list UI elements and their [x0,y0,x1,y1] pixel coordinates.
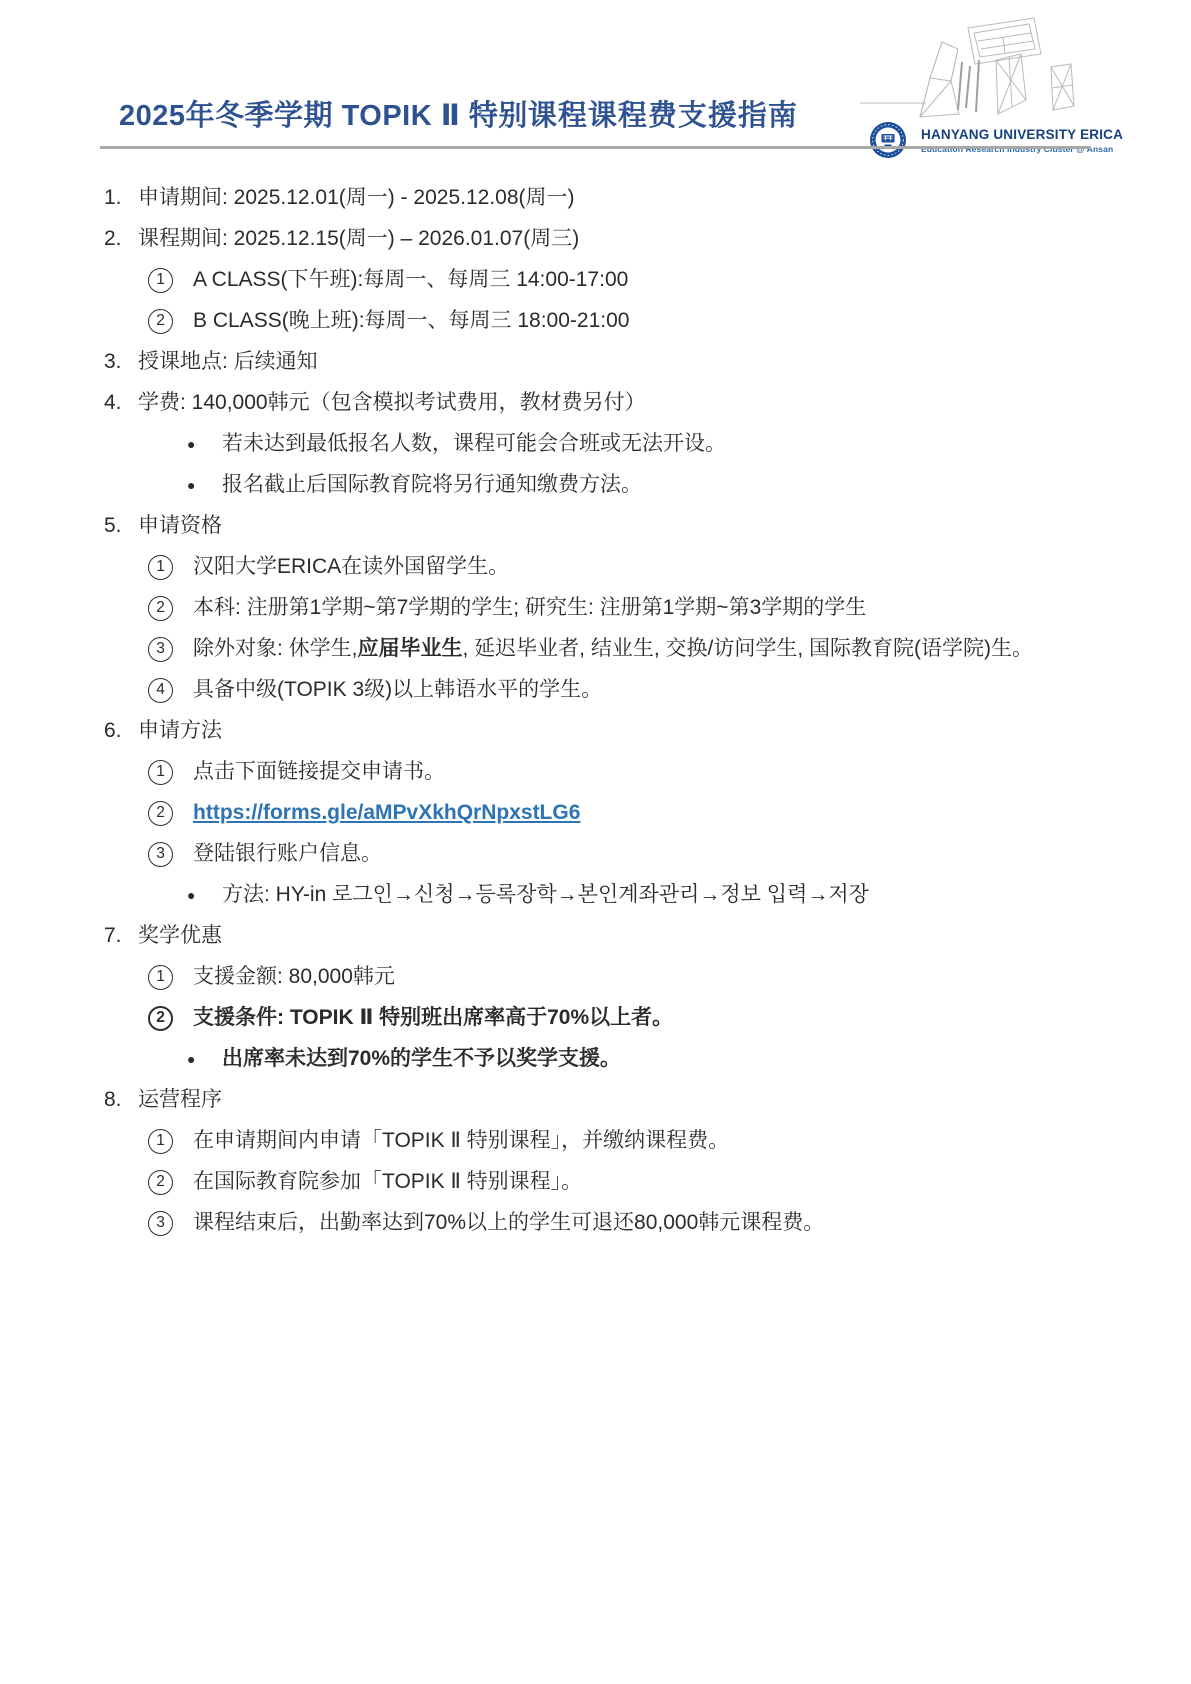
list-item: 1支援金额: 80,000韩元 [0,966,1191,988]
list-item-text: A CLASS(下午班):每周一、每周三 14:00-17:00 [193,269,628,291]
list-item-content: 支援条件: TOPIK Ⅱ 特别班出席率高于70%以上者。 [193,1007,673,1029]
page-title-part2: 课程课程费支援指南 [528,100,798,132]
page-title-part1: 2025年冬季学期 TOPIK Ⅱ 特别 [119,100,528,132]
list-item: 2在国际教育院参加「TOPIK Ⅱ 特别课程」。 [0,1171,1191,1193]
list-item-content: 汉阳大学ERICA在读外国留学生。 [193,556,509,578]
list-item: 2B CLASS(晚上班):每周一、每周三 18:00-21:00 [0,310,1191,332]
list-item-text: 应届毕业生 [358,638,463,660]
list-item-text: 奖学优惠 [138,925,222,947]
list-item: 5.申请资格 [0,515,1191,537]
list-item-content: 点击下面链接提交申请书。 [193,761,445,783]
list-item-content: B CLASS(晚上班):每周一、每周三 18:00-21:00 [193,310,629,332]
list-item: ●若未达到最低报名人数，课程可能会合班或无法开设。 [0,433,1191,455]
list-item-text: 课程期间: 2025.12.15(周一) – 2026.01.07(周三) [138,228,579,250]
list-item-content: 学费: 140,000韩元（包含模拟考试费用，教材费另付） [138,392,646,414]
list-item: 3课程结束后，出勤率达到70%以上的学生可退还80,000韩元课程费。 [0,1212,1191,1234]
list-item: 1点击下面链接提交申请书。 [0,761,1191,783]
list-item: ●报名截止后国际教育院将另行通知缴费方法。 [0,474,1191,496]
list-item-text: 学费: 140,000韩元（包含模拟考试费用，教材费另付） [138,392,646,414]
list-item-content: 申请方法 [138,720,222,742]
list-item-text: 申请期间: 2025.12.01(周一) - 2025.12.08(周一) [138,187,575,209]
list-item-content: 申请资格 [138,515,222,537]
list-item: 1汉阳大学ERICA在读外国留学生。 [0,556,1191,578]
list-item-text: 申请资格 [138,515,222,537]
list-item: 1A CLASS(下午班):每周一、每周三 14:00-17:00 [0,269,1191,291]
bullet-icon: ● [187,433,222,455]
number-marker: 7. [104,925,138,947]
page-title: 2025年冬季学期 TOPIK Ⅱ 特别课程课程费支援指南 [119,99,798,133]
list-item-text: 运营程序 [138,1089,222,1111]
circled-marker: 1 [148,965,193,990]
circled-marker: 2 [148,309,193,334]
list-item: 2.课程期间: 2025.12.15(周一) – 2026.01.07(周三) [0,228,1191,250]
circled-marker: 2 [148,596,193,621]
list-item: 2支援条件: TOPIK Ⅱ 特别班出席率高于70%以上者。 [0,1007,1191,1029]
list-item-text: 在国际教育院参加「TOPIK Ⅱ 特别课程」。 [193,1171,582,1193]
list-item-text: 授课地点: 后续通知 [138,351,318,373]
list-item-text: 若未达到最低报名人数，课程可能会合班或无法开设。 [222,433,726,455]
document-page: HANYANG UNIVERSITY ERICA Education Resea… [0,0,1191,1684]
list-item: 3.授课地点: 后续通知 [0,351,1191,373]
list-item-content: 支援金额: 80,000韩元 [193,966,395,988]
list-item-text: 在申请期间内申请「TOPIK Ⅱ 特别课程」，并缴纳课程费。 [193,1130,729,1152]
number-marker: 3. [104,351,138,373]
list-item-content: https://forms.gle/aMPvXkhQrNpxstLG6 [193,802,580,824]
list-item-content: 登陆银行账户信息。 [193,843,382,865]
list-item-content: 课程结束后，出勤率达到70%以上的学生可退还80,000韩元课程费。 [193,1212,824,1234]
list-item-text: , 延迟毕业者, 结业生, 交换/访问学生, 国际教育院(语学院)生。 [463,638,1034,660]
bullet-icon: ● [187,884,222,906]
list-item-content: 报名截止后国际教育院将另行通知缴费方法。 [222,474,642,496]
list-item-content: 在申请期间内申请「TOPIK Ⅱ 特别课程」，并缴纳课程费。 [193,1130,729,1152]
number-marker: 8. [104,1089,138,1111]
circled-marker: 4 [148,678,193,703]
list-item-content: 申请期间: 2025.12.01(周一) - 2025.12.08(周一) [138,187,575,209]
list-item-content: A CLASS(下午班):每周一、每周三 14:00-17:00 [193,269,628,291]
list-item-text: 支援条件: TOPIK Ⅱ 特别班出席率高于70%以上者。 [193,1007,673,1029]
list-item-text: 出席率未达到70%的学生不予以奖学支援。 [222,1048,621,1070]
circled-marker: 2 [148,1006,193,1031]
list-item: 4具备中级(TOPIK 3级)以上韩语水平的学生。 [0,679,1191,701]
list-item-content: 本科: 注册第1学期~第7学期的学生; 研究生: 注册第1学期~第3学期的学生 [193,597,866,619]
circled-marker: 3 [148,637,193,662]
doc-list: 1.申请期间: 2025.12.01(周一) - 2025.12.08(周一)2… [0,187,1191,1253]
list-item-text: 申请方法 [138,720,222,742]
number-marker: 5. [104,515,138,537]
circled-marker: 2 [148,801,193,826]
list-item-text: 本科: 注册第1学期~第7学期的学生; 研究生: 注册第1学期~第3学期的学生 [193,597,866,619]
list-item: 2https://forms.gle/aMPvXkhQrNpxstLG6 [0,802,1191,824]
list-item: ●出席率未达到70%的学生不予以奖学支援。 [0,1048,1191,1070]
list-item: 6.申请方法 [0,720,1191,742]
list-item-content: 课程期间: 2025.12.15(周一) – 2026.01.07(周三) [138,228,579,250]
list-item: 4.学费: 140,000韩元（包含模拟考试费用，教材费另付） [0,392,1191,414]
number-marker: 2. [104,228,138,250]
org-name: HANYANG UNIVERSITY ERICA [921,127,1181,142]
bullet-icon: ● [187,474,222,496]
list-item-content: 授课地点: 后续通知 [138,351,318,373]
number-marker: 6. [104,720,138,742]
list-item-content: 奖学优惠 [138,925,222,947]
list-item-content: 除外对象: 休学生, 应届毕业生, 延迟毕业者, 结业生, 交换/访问学生, 国… [193,638,1033,660]
application-form-link[interactable]: https://forms.gle/aMPvXkhQrNpxstLG6 [193,802,580,824]
list-item-content: 出席率未达到70%的学生不予以奖学支援。 [222,1048,621,1070]
list-item-text: B CLASS(晚上班):每周一、每周三 18:00-21:00 [193,310,629,332]
list-item-text: 报名截止后国际教育院将另行通知缴费方法。 [222,474,642,496]
circled-marker: 1 [148,268,193,293]
list-item: 3除外对象: 休学生, 应届毕业生, 延迟毕业者, 结业生, 交换/访问学生, … [0,638,1191,660]
hanyang-seal-icon [869,121,907,159]
list-item-text: 课程结束后，出勤率达到70%以上的学生可退还80,000韩元课程费。 [193,1212,824,1234]
circled-marker: 2 [148,1170,193,1195]
list-item-text: 点击下面链接提交申请书。 [193,761,445,783]
circled-marker: 1 [148,1129,193,1154]
list-item: 3登陆银行账户信息。 [0,843,1191,865]
bullet-icon: ● [187,1048,222,1070]
number-marker: 4. [104,392,138,414]
list-item-text: 汉阳大学ERICA在读外国留学生。 [193,556,509,578]
header-divider [100,146,1091,149]
circled-marker: 1 [148,555,193,580]
circled-marker: 3 [148,1211,193,1236]
list-item: ●方法: HY-in 로그인→신청→등록장학→본인계좌관리→정보 입력→저장 [0,884,1191,906]
list-item: 8.运营程序 [0,1089,1191,1111]
list-item: 1.申请期间: 2025.12.01(周一) - 2025.12.08(周一) [0,187,1191,209]
list-item-content: 方法: HY-in 로그인→신청→등록장학→본인계좌관리→정보 입력→저장 [222,884,869,906]
list-item-text: 支援金额: 80,000韩元 [193,966,395,988]
campus-gate-sketch-icon [858,4,1082,122]
list-item-content: 运营程序 [138,1089,222,1111]
number-marker: 1. [104,187,138,209]
list-item: 7.奖学优惠 [0,925,1191,947]
list-item-content: 具备中级(TOPIK 3级)以上韩语水平的学生。 [193,679,602,701]
circled-marker: 1 [148,760,193,785]
list-item: 1在申请期间内申请「TOPIK Ⅱ 特别课程」，并缴纳课程费。 [0,1130,1191,1152]
list-item-text: 方法: HY-in 로그인→신청→등록장학→본인계좌관리→정보 입력→저장 [222,884,869,906]
list-item-text: 除外对象: 休学生, [193,638,358,660]
list-item-content: 在国际教育院参加「TOPIK Ⅱ 特别课程」。 [193,1171,582,1193]
list-item-text: 具备中级(TOPIK 3级)以上韩语水平的学生。 [193,679,602,701]
circled-marker: 3 [148,842,193,867]
list-item-text: 登陆银行账户信息。 [193,843,382,865]
list-item-content: 若未达到最低报名人数，课程可能会合班或无法开设。 [222,433,726,455]
list-item: 2本科: 注册第1学期~第7学期的学生; 研究生: 注册第1学期~第3学期的学生 [0,597,1191,619]
logo-text-block: HANYANG UNIVERSITY ERICA Education Resea… [921,127,1181,154]
